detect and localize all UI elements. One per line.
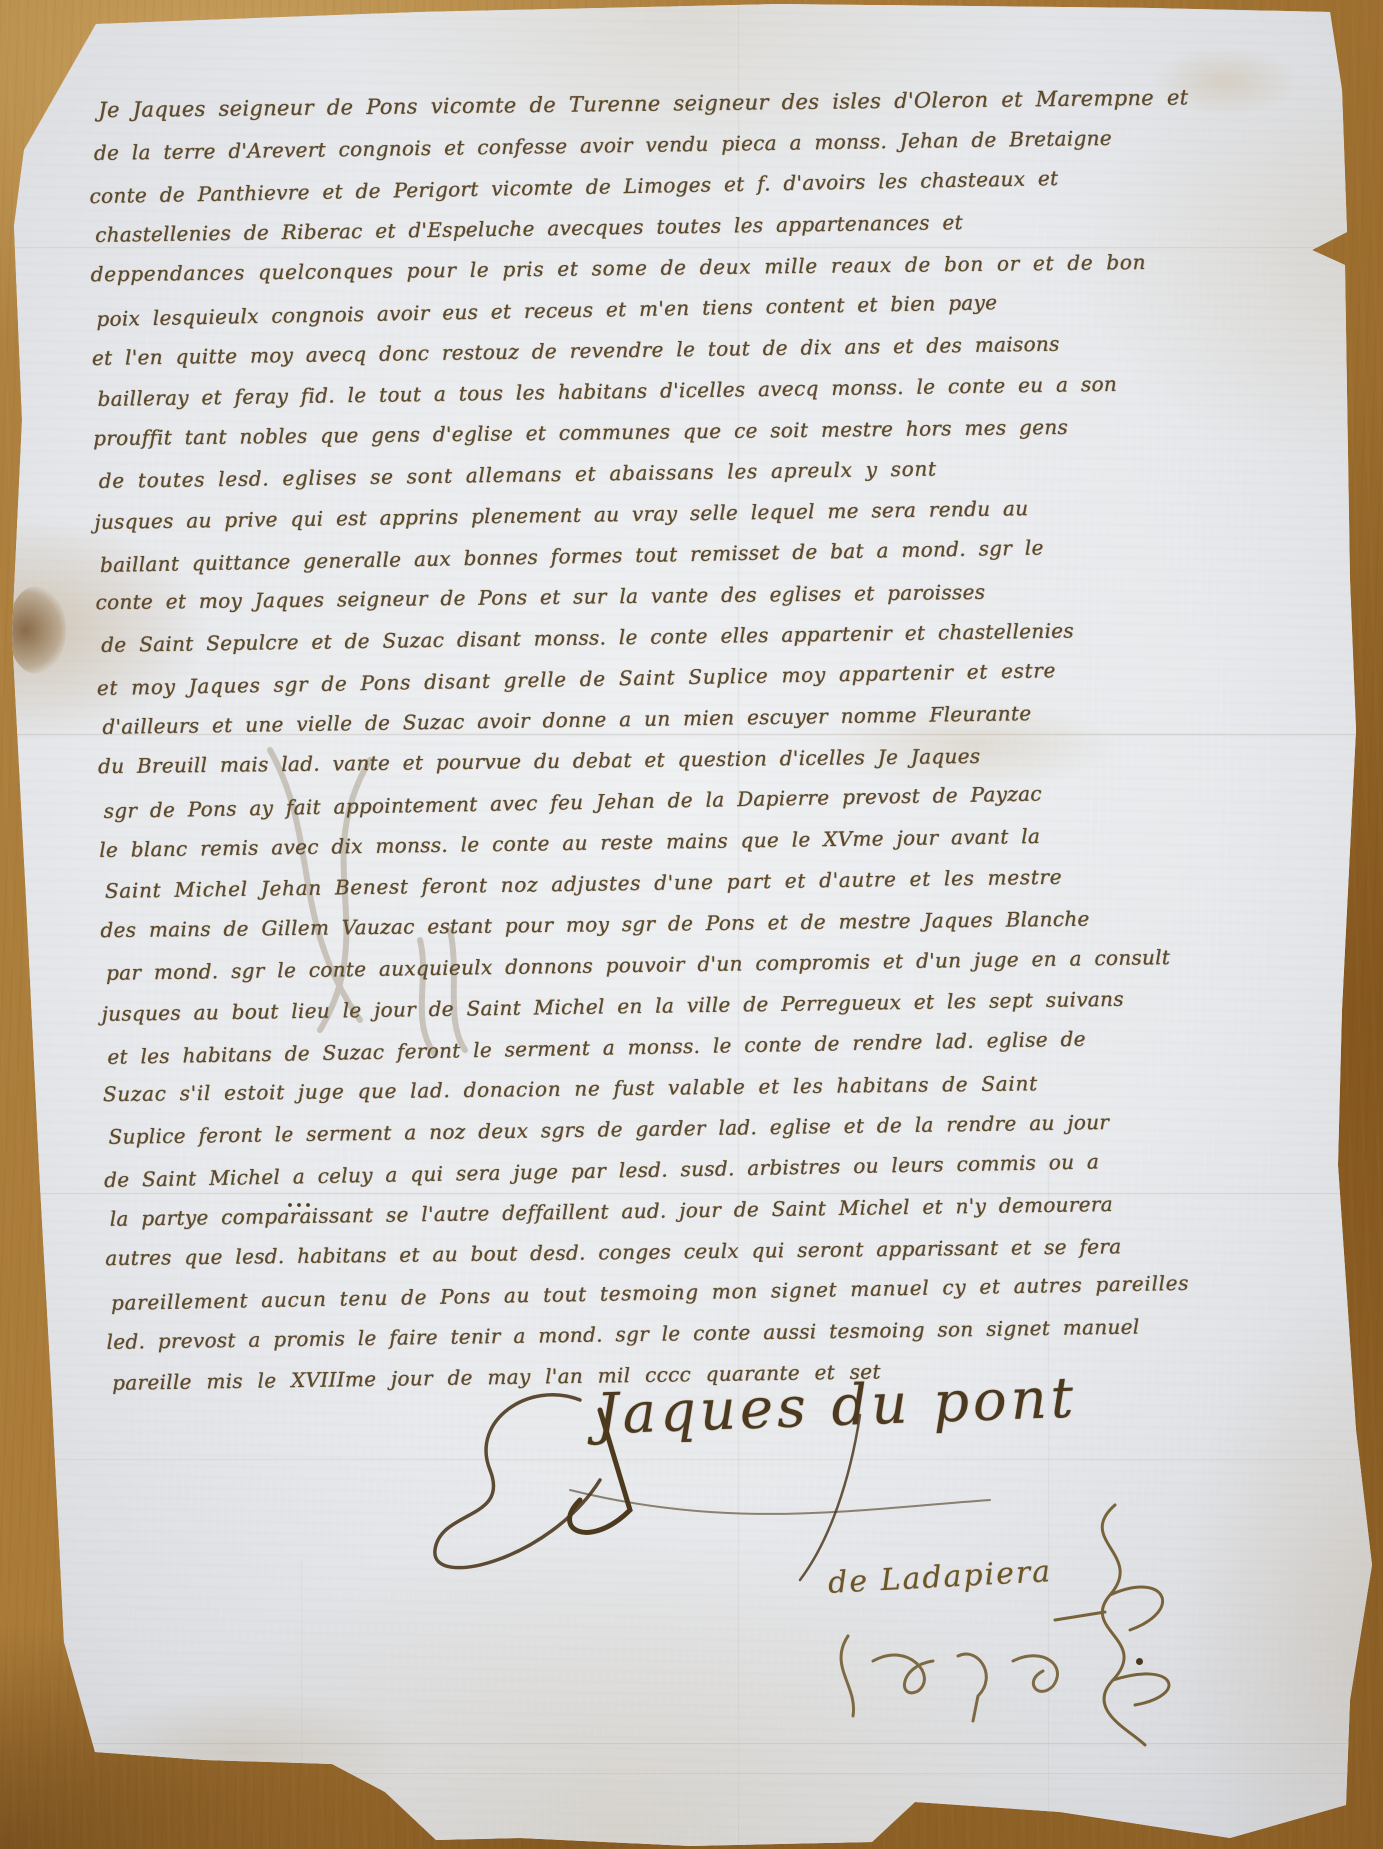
manuscript-paper: Je Jaques seigneur de Pons vicomte de Tu… bbox=[0, 0, 1383, 1849]
signature-scribble bbox=[828, 1606, 1108, 1726]
manuscript-text-block: Je Jaques seigneur de Pons vicomte de Tu… bbox=[88, 76, 1207, 1404]
edge-stain bbox=[8, 586, 66, 674]
